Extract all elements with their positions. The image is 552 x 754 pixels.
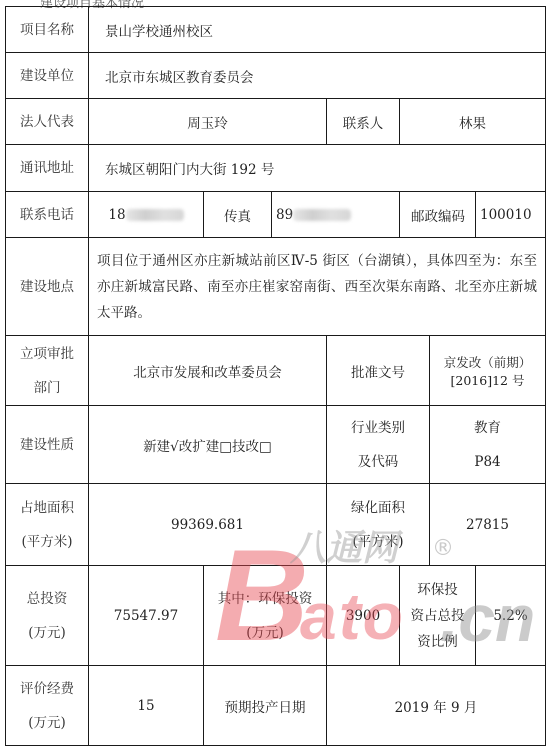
approval-label-line2: 部门 (10, 371, 84, 405)
row-location: 建设地点 项目位于通州区亦庄新城站前区Ⅳ-5 街区（台湖镇），具体四至为：东至亦… (6, 238, 546, 336)
assessment-fee-label: 评价经费 (万元) (6, 666, 89, 746)
total-investment-label-line1: 总投资 (10, 582, 84, 616)
industry-label-line2: 及代码 (331, 445, 425, 479)
approval-doc-label: 批准文号 (327, 336, 430, 406)
env-investment-value: 3900 (327, 566, 400, 666)
row-investment: 总投资 (万元) 75547.97 其中：环保投资 (万元) 3900 环保投 … (6, 566, 546, 666)
total-investment-label-line2: (万元) (10, 616, 84, 650)
phone-value: 18 (89, 192, 204, 238)
land-area-label: 占地面积 (平方米) (6, 484, 89, 566)
assessment-fee-value: 15 (89, 666, 204, 746)
row-land-area: 占地面积 (平方米) 99369.681 绿化面积 (平方米) 27815 (6, 484, 546, 566)
contact-value: 林果 (400, 99, 546, 145)
fax-prefix: 89 (276, 207, 293, 223)
total-investment-value: 75547.97 (89, 566, 204, 666)
green-area-label: 绿化面积 (平方米) (327, 484, 430, 566)
row-legal-rep: 法人代表 周玉玲 联系人 林果 (6, 99, 546, 145)
green-area-label-line1: 绿化面积 (331, 491, 425, 525)
row-construction-unit: 建设单位 北京市东城区教育委员会 (6, 53, 546, 99)
construction-unit-value: 北京市东城区教育委员会 (89, 53, 546, 99)
contact-label: 联系人 (327, 99, 400, 145)
postcode-label: 邮政编码 (400, 192, 476, 238)
production-date-value: 2019 年 9 月 (327, 666, 546, 746)
total-investment-label: 总投资 (万元) (6, 566, 89, 666)
fax-value: 89 (272, 192, 400, 238)
green-area-value: 27815 (430, 484, 546, 566)
nature-label: 建设性质 (6, 406, 89, 484)
project-name-label: 项目名称 (6, 7, 89, 53)
row-address: 通讯地址 东城区朝阳门内大街 192 号 (6, 145, 546, 192)
land-area-value: 99369.681 (89, 484, 327, 566)
env-ratio-label-line3: 资比例 (400, 629, 475, 655)
approval-dept-value: 北京市发展和改革委员会 (89, 336, 327, 406)
project-name-value: 景山学校通州校区 (89, 7, 546, 53)
industry-value: 教育 P84 (430, 406, 546, 484)
row-approval: 立项审批 部门 北京市发展和改革委员会 批准文号 京发改（前期）[2016]12… (6, 336, 546, 406)
phone-prefix: 18 (108, 207, 125, 223)
project-info-table: 项目名称 景山学校通州校区 建设单位 北京市东城区教育委员会 法人代表 周玉玲 … (5, 6, 546, 746)
redacted-fax (293, 209, 351, 221)
approval-dept-label: 立项审批 部门 (6, 336, 89, 406)
env-ratio-label: 环保投 资占总投 资比例 (400, 566, 476, 666)
env-ratio-label-line1: 环保投 (400, 577, 475, 603)
industry-code: P84 (434, 445, 541, 479)
row-nature: 建设性质 新建√改扩建□技改□ 行业类别 及代码 教育 P84 (6, 406, 546, 484)
industry-name: 教育 (434, 411, 541, 445)
construction-unit-label: 建设单位 (6, 53, 89, 99)
assessment-fee-label-line1: 评价经费 (10, 672, 84, 706)
redacted-phone (126, 209, 184, 221)
green-area-label-line2: (平方米) (331, 525, 425, 559)
env-ratio-value: 5.2% (476, 566, 546, 666)
row-assessment: 评价经费 (万元) 15 预期投产日期 2019 年 9 月 (6, 666, 546, 746)
row-phone: 联系电话 18 传真 89 邮政编码 100010 (6, 192, 546, 238)
env-investment-label: 其中：环保投资 (万元) (204, 566, 327, 666)
industry-label: 行业类别 及代码 (327, 406, 430, 484)
env-investment-label-line2: (万元) (204, 616, 326, 650)
address-label: 通讯地址 (6, 145, 89, 192)
industry-label-line1: 行业类别 (331, 411, 425, 445)
production-date-label: 预期投产日期 (204, 666, 327, 746)
legal-rep-label: 法人代表 (6, 99, 89, 145)
approval-doc-value: 京发改（前期）[2016]12 号 (430, 336, 546, 406)
env-ratio-label-line2: 资占总投 (400, 603, 475, 629)
land-area-label-line2: (平方米) (10, 525, 84, 559)
fax-label: 传真 (204, 192, 272, 238)
location-value: 项目位于通州区亦庄新城站前区Ⅳ-5 街区（台湖镇），具体四至为：东至亦庄新城富民… (89, 238, 546, 336)
assessment-fee-label-line2: (万元) (10, 706, 84, 740)
nature-value: 新建√改扩建□技改□ (89, 406, 327, 484)
approval-label-line1: 立项审批 (10, 337, 84, 371)
row-project-name: 项目名称 景山学校通州校区 (6, 7, 546, 53)
address-value: 东城区朝阳门内大街 192 号 (89, 145, 546, 192)
env-investment-label-line1: 其中：环保投资 (204, 582, 326, 616)
location-label: 建设地点 (6, 238, 89, 336)
legal-rep-value: 周玉玲 (89, 99, 327, 145)
postcode-value: 100010 (476, 192, 546, 238)
land-area-label-line1: 占地面积 (10, 491, 84, 525)
phone-label: 联系电话 (6, 192, 89, 238)
